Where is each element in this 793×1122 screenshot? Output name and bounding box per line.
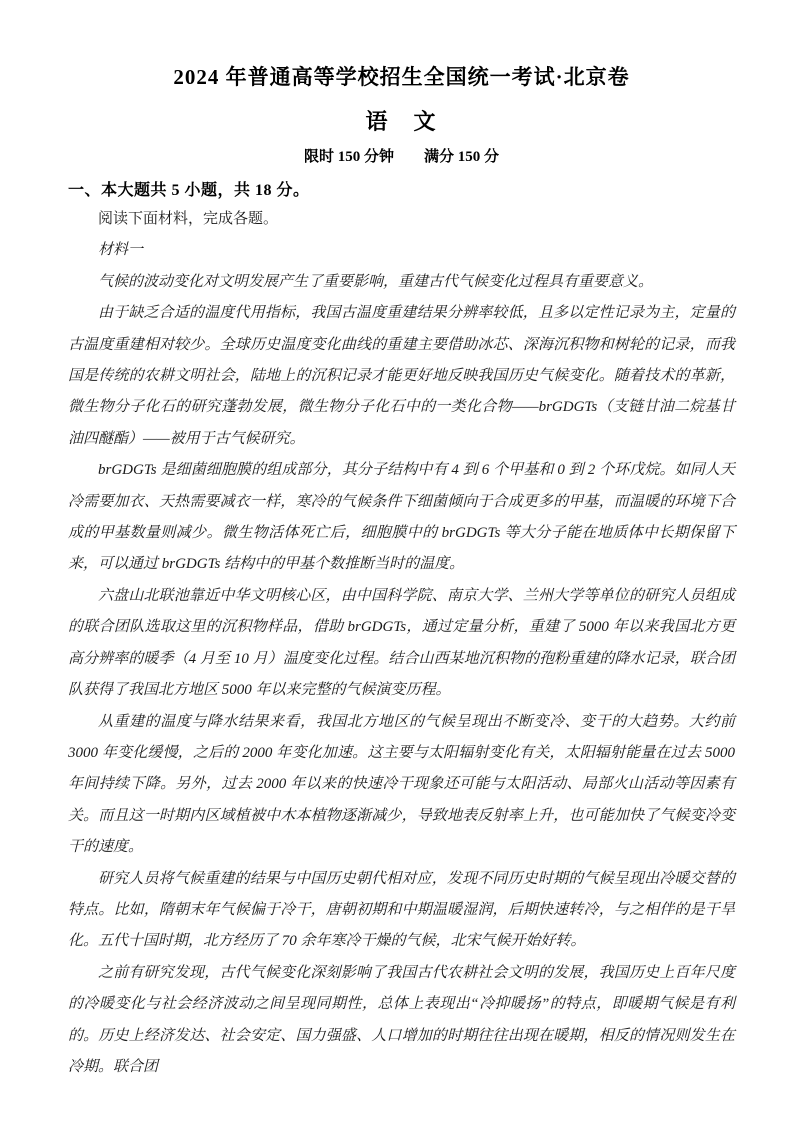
instruction-line: 阅读下面材料，完成各题。	[68, 204, 735, 235]
material-paragraph-5: 从重建的温度与降水结果来看，我国北方地区的气候呈现出不断变冷、变干的大趋势。大约…	[68, 707, 735, 864]
material-paragraph-3: brGDGTs 是细菌细胞膜的组成部分，其分子结构中有 4 到 6 个甲基和 0…	[68, 455, 735, 581]
exam-page: 2024 年普通高等学校招生全国统一考试·北京卷 语 文 限时 150 分钟 满…	[0, 0, 793, 1122]
material-paragraph-6: 研究人员将气候重建的结果与中国历史朝代相对应，发现不同历史时期的气候呈现出冷暖交…	[68, 864, 735, 958]
material-paragraph-4: 六盘山北联池靠近中华文明核心区，由中国科学院、南京大学、兰州大学等单位的研究人员…	[68, 581, 735, 707]
time-score-line: 限时 150 分钟 满分 150 分	[68, 144, 735, 170]
subject-title: 语 文	[68, 106, 735, 138]
material-one-label: 材料一	[68, 235, 735, 266]
material-paragraph-1: 气候的波动变化对文明发展产生了重要影响，重建古代气候变化过程具有重要意义。	[68, 267, 735, 298]
reading-material: 阅读下面材料，完成各题。 材料一 气候的波动变化对文明发展产生了重要影响，重建古…	[68, 204, 735, 1083]
material-paragraph-2: 由于缺乏合适的温度代用指标，我国古温度重建结果分辨率较低，且多以定性记录为主，定…	[68, 298, 735, 455]
material-paragraph-7: 之前有研究发现，古代气候变化深刻影响了我国古代农耕社会文明的发展，我国历史上百年…	[68, 958, 735, 1084]
exam-title: 2024 年普通高等学校招生全国统一考试·北京卷	[68, 62, 735, 92]
section-one-heading: 一、本大题共 5 小题，共 18 分。	[68, 177, 735, 204]
